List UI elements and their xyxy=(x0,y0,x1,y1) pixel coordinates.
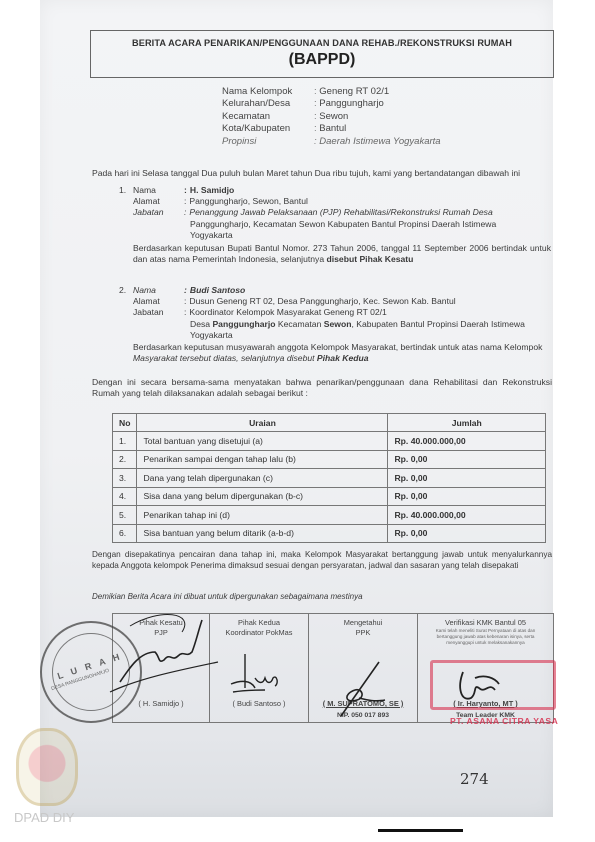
document-title: BERITA ACARA PENARIKAN/PENGGUNAAN DANA R… xyxy=(91,38,553,48)
village: Panggungharjo xyxy=(314,98,384,110)
table-row: 5.Penarikan tahap ini (d)Rp. 40.000.000,… xyxy=(113,506,546,525)
table-row: 4.Sisa dana yang belum dipergunakan (b-c… xyxy=(113,487,546,506)
province: Daerah Istimewa Yogyakarta xyxy=(314,136,441,148)
document-title-box: BERITA ACARA PENARIKAN/PENGGUNAAN DANA R… xyxy=(90,30,554,78)
party-2-name: Budi Santoso xyxy=(190,285,245,295)
document-acronym: (BAPPD) xyxy=(91,51,553,69)
party-1: 1.Nama:H. Samidjo Alamat:Panggungharjo, … xyxy=(119,185,551,265)
party-1-name: H. Samidjo xyxy=(190,185,234,195)
handwritten-page-number: 274 xyxy=(460,770,489,788)
col-header-no: No xyxy=(113,414,137,432)
signature-verifier-icon xyxy=(455,668,505,708)
divider xyxy=(378,829,463,832)
intro-text: Pada hari ini Selasa tanggal Dua puluh b… xyxy=(92,168,552,179)
group-name: Geneng RT 02/1 xyxy=(314,86,389,98)
verification-note: Kami telah meneliti Surat Pernyataan di … xyxy=(418,628,553,646)
col-header-jumlah: Jumlah xyxy=(388,414,546,432)
district: Sewon xyxy=(314,111,348,123)
group-info: Nama KelompokGeneng RT 02/1 Kelurahan/De… xyxy=(222,86,441,148)
table-row: 3.Dana yang telah dipergunakan (c)Rp. 0,… xyxy=(113,469,546,488)
closing-text: Dengan disepakatinya pencairan dana taha… xyxy=(92,550,552,572)
closing-statement: Demikian Berita Acara ini dibuat untuk d… xyxy=(92,591,552,602)
dpad-emblem-icon xyxy=(16,728,78,806)
table-row: 6.Sisa bantuan yang belum ditarik (a-b-d… xyxy=(113,524,546,543)
company-stamp-text: PT. ASANA CITRA YASA xyxy=(450,716,558,726)
table-row: 2.Penarikan sampai dengan tahap lalu (b)… xyxy=(113,450,546,469)
signature-budi-icon xyxy=(225,650,285,700)
watermark: DPAD DIY xyxy=(14,810,74,825)
col-header-uraian: Uraian xyxy=(137,414,388,432)
signature-samidjo-icon xyxy=(100,612,220,702)
funds-table: No Uraian Jumlah 1.Total bantuan yang di… xyxy=(112,413,546,543)
statement-text: Dengan ini secara bersama-sama menyataka… xyxy=(92,377,552,400)
party-2: 2.Nama:Budi Santoso Alamat:Dusun Geneng … xyxy=(119,285,551,364)
signature-ppk-icon xyxy=(335,660,395,720)
signer-name: ( Budi Santoso ) xyxy=(210,699,308,708)
table-row: 1.Total bantuan yang disetujui (a)Rp. 40… xyxy=(113,432,546,451)
regency: Bantul xyxy=(314,123,346,135)
